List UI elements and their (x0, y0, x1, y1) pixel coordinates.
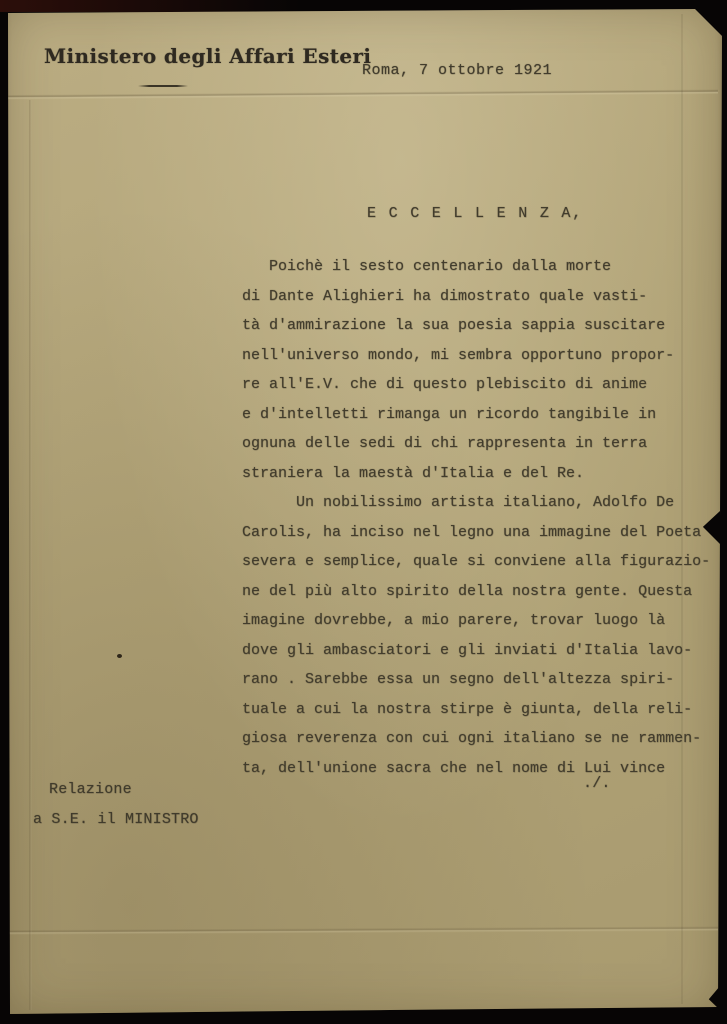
body-line: di Dante Alighieri ha dimostrato quale v… (242, 282, 722, 312)
crease-left (29, 100, 32, 1010)
scanned-letter: Ministero degli Affari Esteri Roma, 7 ot… (0, 0, 727, 1024)
fold-crease-top (8, 89, 718, 100)
body-line: giosa reverenza con cui ogni italiano se… (242, 724, 722, 754)
continuation-mark: ./. (583, 775, 611, 792)
letter-body: Poichè il sesto centenario dalla mortedi… (242, 252, 722, 783)
ink-speck (117, 654, 122, 658)
letter-paper: Ministero degli Affari Esteri Roma, 7 ot… (0, 0, 727, 1024)
letterhead-ministry: Ministero degli Affari Esteri (44, 44, 371, 68)
scan-backing-tint (0, 0, 300, 12)
body-line: re all'E.V. che di questo plebiscito di … (242, 370, 722, 400)
body-line: Poichè il sesto centenario dalla morte (242, 252, 722, 282)
body-line: ne del più alto spirito della nostra gen… (242, 577, 722, 607)
body-line: tà d'ammirazione la sua poesia sappia su… (242, 311, 722, 341)
body-line: tuale a cui la nostra stirpe è giunta, d… (242, 695, 722, 725)
body-line: rano . Sarebbe essa un segno dell'altezz… (242, 665, 722, 695)
body-line: nell'universo mondo, mi sembra opportuno… (242, 341, 722, 371)
body-line: Carolis, ha inciso nel legno una immagin… (242, 518, 722, 548)
letterhead-flourish-rule (138, 85, 188, 87)
body-line: Un nobilissimo artista italiano, Adolfo … (242, 488, 722, 518)
body-line: e d'intelletti rimanga un ricordo tangib… (242, 400, 722, 430)
salutation: E C C E L L E N Z A, (367, 205, 583, 222)
body-line: ta, dell'unione sacra che nel nome di Lu… (242, 754, 722, 784)
body-line: imagine dovrebbe, a mio parere, trovar l… (242, 606, 722, 636)
dateline: Roma, 7 ottobre 1921 (362, 62, 552, 79)
reference-subject: Relazione (49, 781, 132, 798)
body-line: dove gli ambasciatori e gli inviati d'It… (242, 636, 722, 666)
body-line: severa e semplice, quale si conviene all… (242, 547, 722, 577)
reference-addressee: a S.E. il MINISTRO (33, 811, 199, 828)
body-line: ognuna delle sedi di chi rappresenta in … (242, 429, 722, 459)
fold-crease-bottom (8, 926, 718, 935)
body-line: straniera la maestà d'Italia e del Re. (242, 459, 722, 489)
